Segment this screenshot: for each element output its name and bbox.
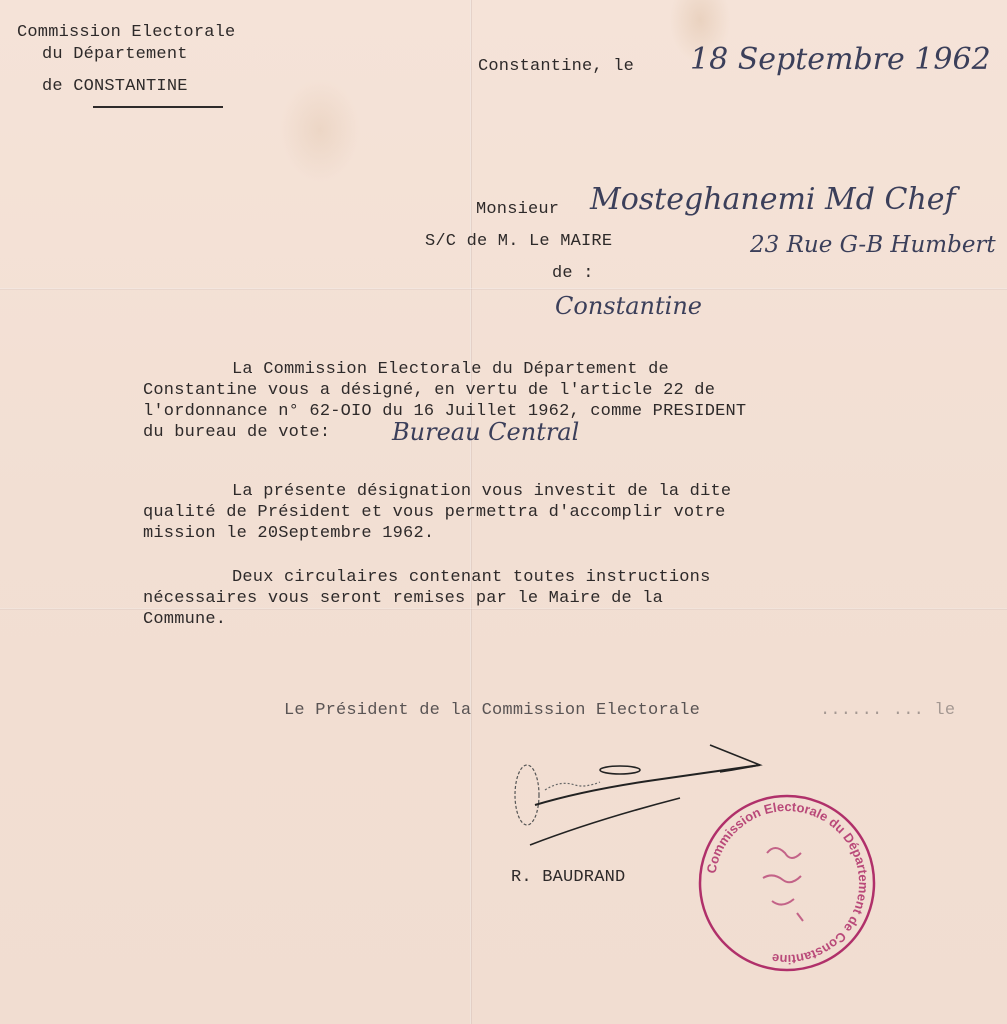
signatory-name: R. BAUDRAND — [511, 867, 625, 888]
para1-line2: Constantine vous a désigné, en vertu de … — [143, 380, 715, 401]
place-date-label: Constantine, le — [478, 56, 634, 77]
para1-line4: du bureau de vote: — [143, 422, 330, 443]
signatory-title: Le Président de la Commission Electorale — [284, 700, 700, 721]
paper-fold-horizontal — [0, 288, 1007, 290]
handwritten-address: 23 Rue G-B Humbert — [750, 232, 996, 258]
para2-line1: La présente désignation vous investit de… — [232, 481, 731, 502]
signatory-title-trailing: ...... ... le — [820, 700, 955, 721]
official-stamp-icon: Commission Electorale du Département de … — [697, 793, 877, 973]
para1-line1: La Commission Electorale du Département … — [232, 359, 669, 380]
para3-line2: nécessaires vous seront remises par le M… — [143, 588, 663, 609]
org-line-2: du Département — [42, 44, 188, 65]
handwritten-recipient-name: Mosteghanemi Md Chef — [590, 182, 956, 217]
para2-line2: qualité de Président et vous permettra d… — [143, 502, 726, 523]
care-of-mayor: S/C de M. Le MAIRE — [425, 231, 612, 252]
handwritten-date: 18 Septembre 1962 — [690, 42, 991, 77]
para3-line1: Deux circulaires contenant toutes instru… — [232, 567, 710, 588]
letter-page: Commission Electorale du Département de … — [0, 0, 1007, 1024]
salutation: Monsieur — [476, 199, 559, 220]
handwritten-bureau: Bureau Central — [392, 418, 579, 446]
para2-line3: mission le 20Septembre 1962. — [143, 523, 434, 544]
de-label: de : — [552, 263, 594, 284]
handwritten-commune: Constantine — [555, 292, 702, 320]
org-line-1: Commission Electorale — [17, 22, 235, 43]
org-line-3: de CONSTANTINE — [42, 76, 188, 97]
letterhead-underline — [93, 106, 223, 108]
para3-line3: Commune. — [143, 609, 226, 630]
